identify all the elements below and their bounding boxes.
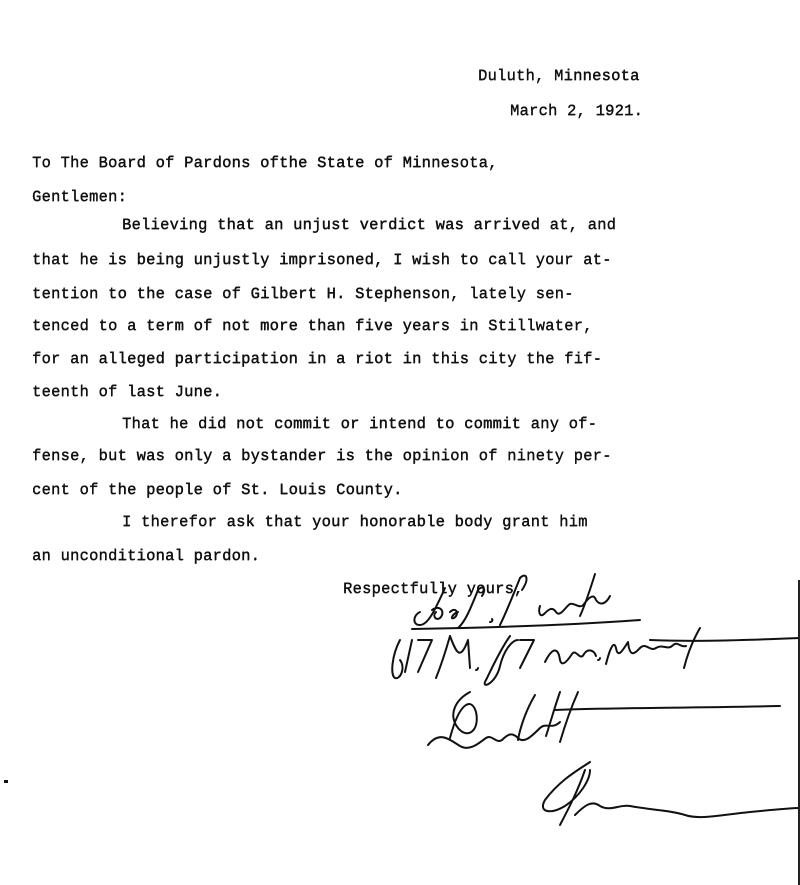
body-line: for an alleged participation in a riot i… [32, 349, 602, 369]
body-line: tenced to a term of not more than five y… [32, 316, 593, 336]
body-line: an unconditional pardon. [32, 546, 260, 566]
body-line: Believing that an unjust verdict was arr… [122, 215, 616, 235]
scan-speck [4, 780, 8, 783]
body-line: teenth of last June. [32, 382, 222, 402]
letter-salutation: Gentlemen: [32, 187, 127, 207]
body-line: That he did not commit or intend to comm… [122, 414, 597, 434]
handwritten-signature [0, 0, 800, 885]
letter-page: Duluth, Minnesota March 2, 1921. To The … [0, 0, 800, 885]
letter-closing: Respectfully yours, [343, 579, 524, 599]
body-line: I therefor ask that your honorable body … [122, 512, 588, 532]
body-line: cent of the people of St. Louis County. [32, 480, 403, 500]
letter-place: Duluth, Minnesota [478, 66, 640, 86]
letter-date: March 2, 1921. [510, 101, 643, 121]
body-line: that he is being unjustly imprisoned, I … [32, 250, 612, 270]
letter-addressee: To The Board of Pardons ofthe State of M… [32, 153, 498, 173]
body-line: tention to the case of Gilbert H. Stephe… [32, 284, 574, 304]
body-line: fense, but was only a bystander is the o… [32, 446, 612, 466]
